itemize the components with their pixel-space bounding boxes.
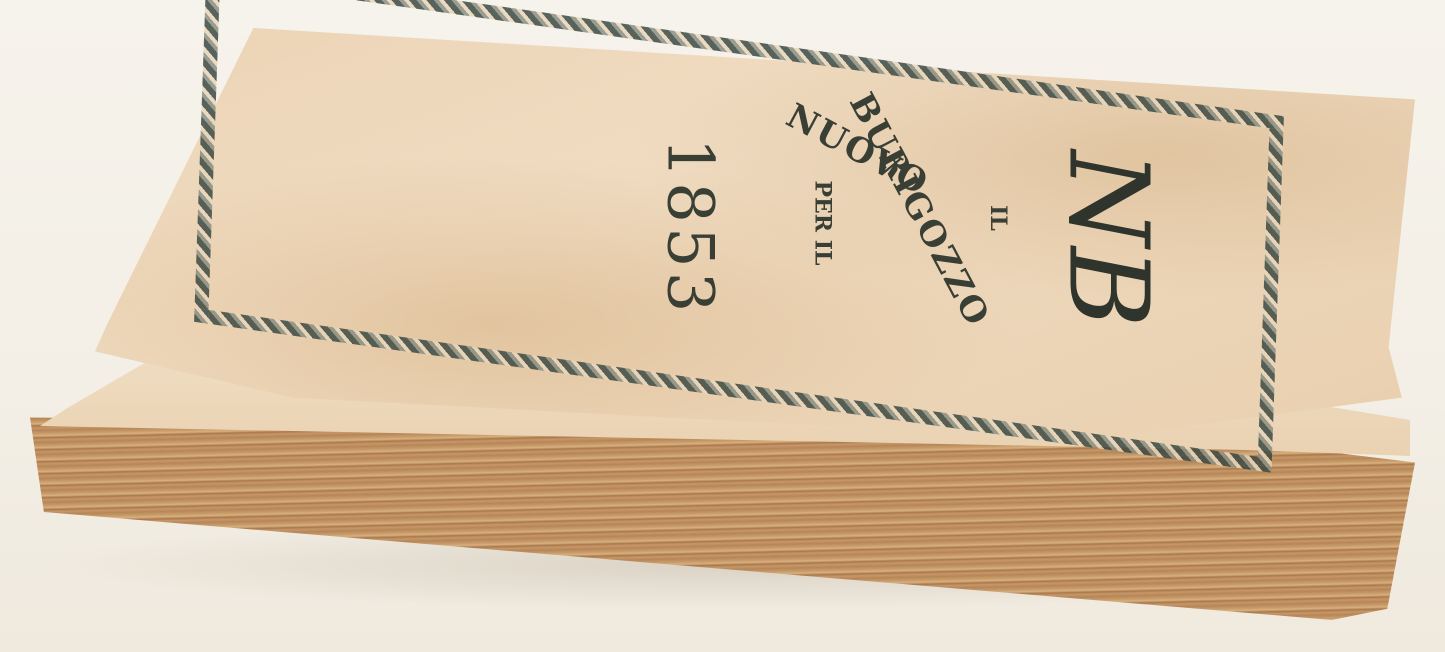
photo-scene: NUOVO BURIGOZZO PER IL IL 1853 NB <box>0 0 1445 652</box>
cover-monogram: NB <box>1045 150 1173 327</box>
cover-subtitle: PER IL <box>810 180 836 265</box>
cover-year: 1853 <box>652 138 726 317</box>
cover-article: IL <box>985 205 1011 231</box>
